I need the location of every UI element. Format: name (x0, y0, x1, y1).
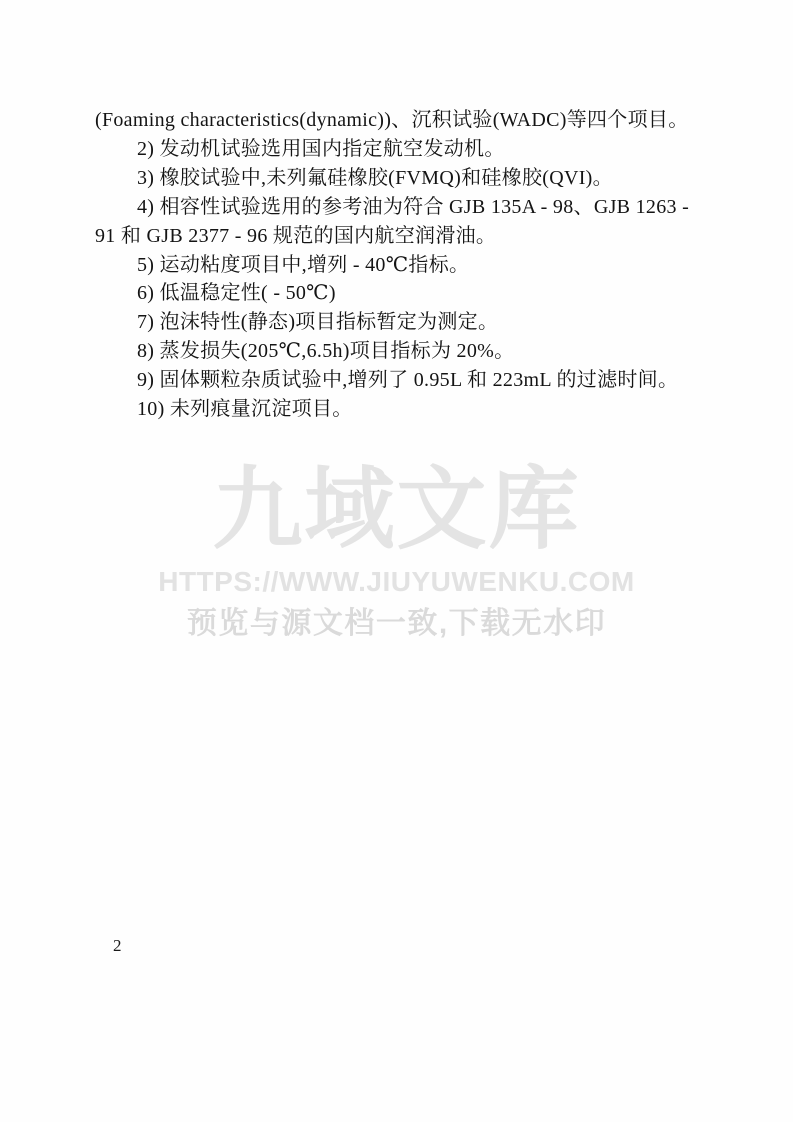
page-number: 2 (113, 936, 122, 956)
text-line: 5) 运动粘度项目中,增列 - 40℃指标。 (95, 251, 710, 280)
text-line: 9) 固体颗粒杂质试验中,增列了 0.95L 和 223mL 的过滤时间。 (95, 366, 710, 395)
body-text: (Foaming characteristics(dynamic))、沉积试验(… (95, 106, 710, 424)
text-line: 91 和 GJB 2377 - 96 规范的国内航空润滑油。 (95, 222, 710, 251)
watermark-title: 九域文库 (0, 462, 793, 558)
document-page: 九域文库 HTTPS://WWW.JIUYUWENKU.COM 预览与源文档一致… (0, 0, 793, 1122)
watermark-slogan: 预览与源文档一致,下载无水印 (0, 606, 793, 642)
text-line: 4) 相容性试验选用的参考油为符合 GJB 135A - 98、GJB 1263… (95, 193, 710, 222)
text-line: 2) 发动机试验选用国内指定航空发动机。 (95, 135, 710, 164)
text-line: 10) 未列痕量沉淀项目。 (95, 395, 710, 424)
text-line: 8) 蒸发损失(205℃,6.5h)项目指标为 20%。 (95, 337, 710, 366)
text-line: 6) 低温稳定性( - 50℃) (95, 279, 710, 308)
text-line: 3) 橡胶试验中,未列氟硅橡胶(FVMQ)和硅橡胶(QVI)。 (95, 164, 710, 193)
text-line: (Foaming characteristics(dynamic))、沉积试验(… (95, 106, 710, 135)
watermark: 九域文库 HTTPS://WWW.JIUYUWENKU.COM 预览与源文档一致… (0, 462, 793, 642)
watermark-url: HTTPS://WWW.JIUYUWENKU.COM (0, 566, 793, 598)
text-line: 7) 泡沫特性(静态)项目指标暂定为测定。 (95, 308, 710, 337)
